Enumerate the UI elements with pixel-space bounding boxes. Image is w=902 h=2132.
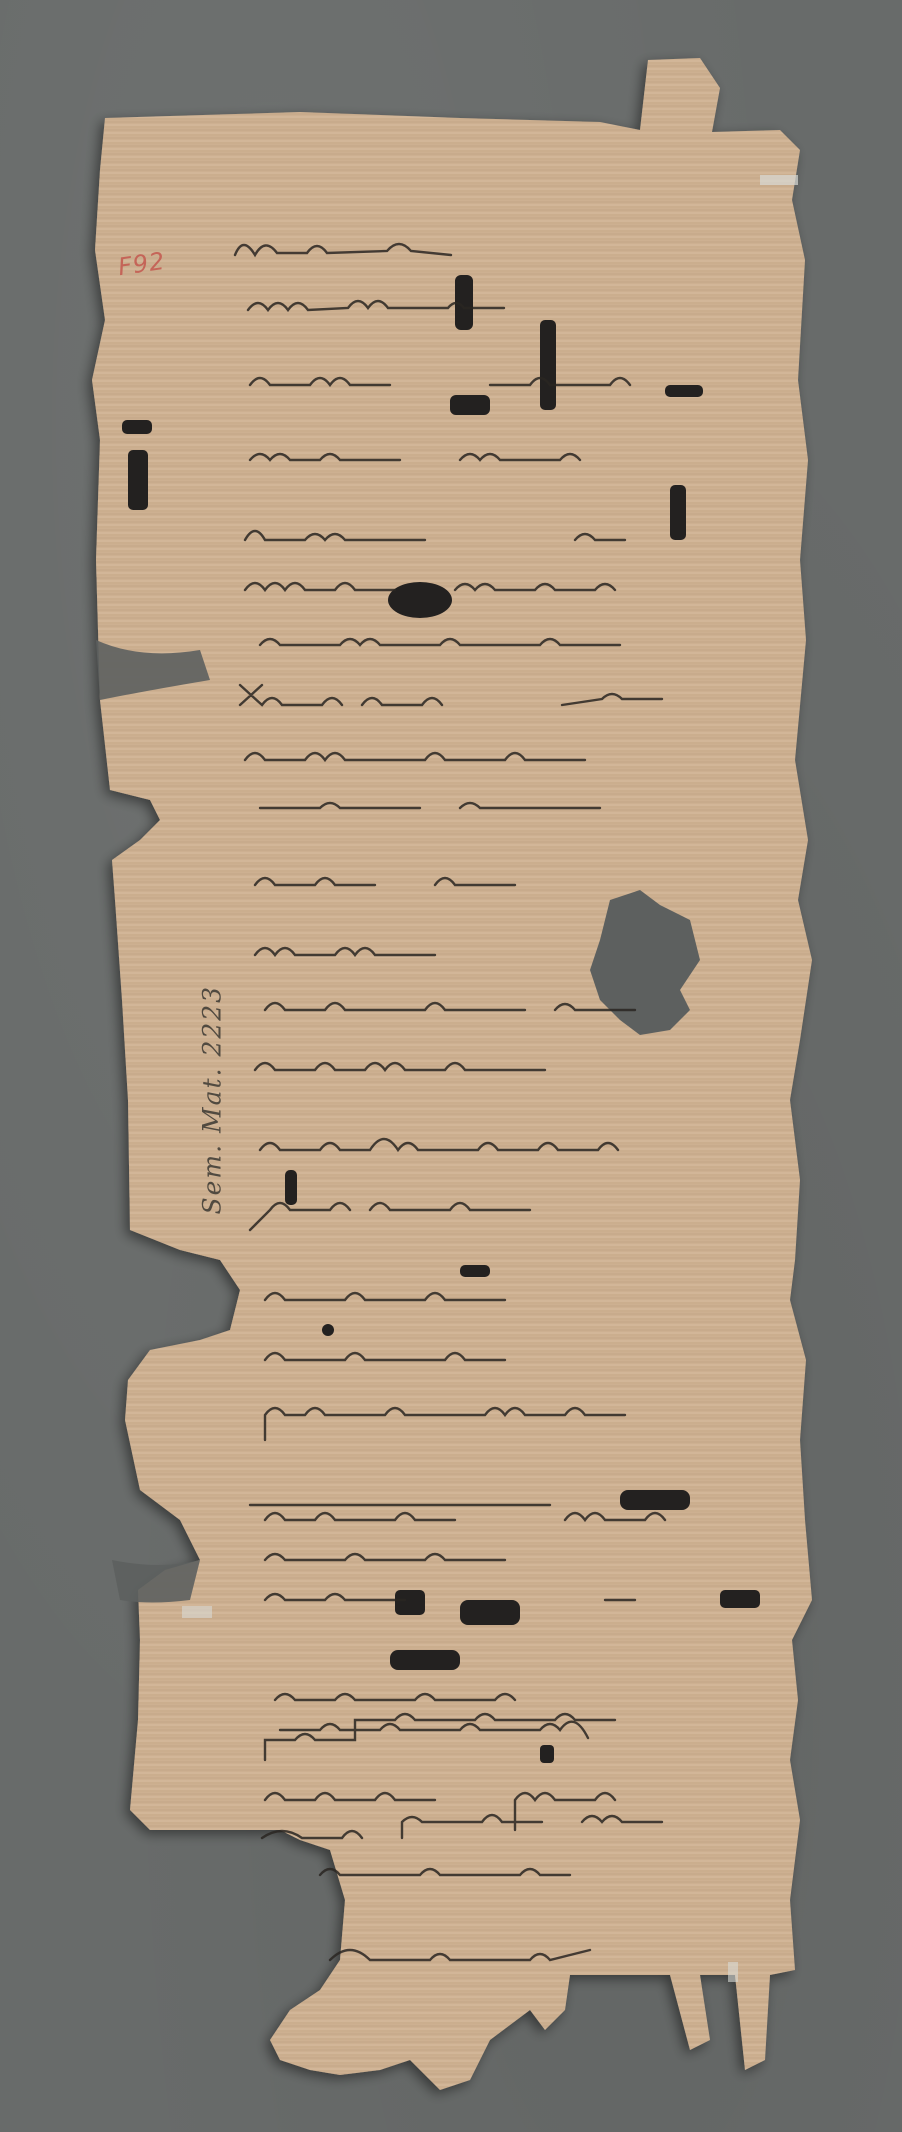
papyrus-fragment: [0, 0, 902, 2132]
inventory-number: Sem. Mat. 2223: [198, 915, 227, 1215]
